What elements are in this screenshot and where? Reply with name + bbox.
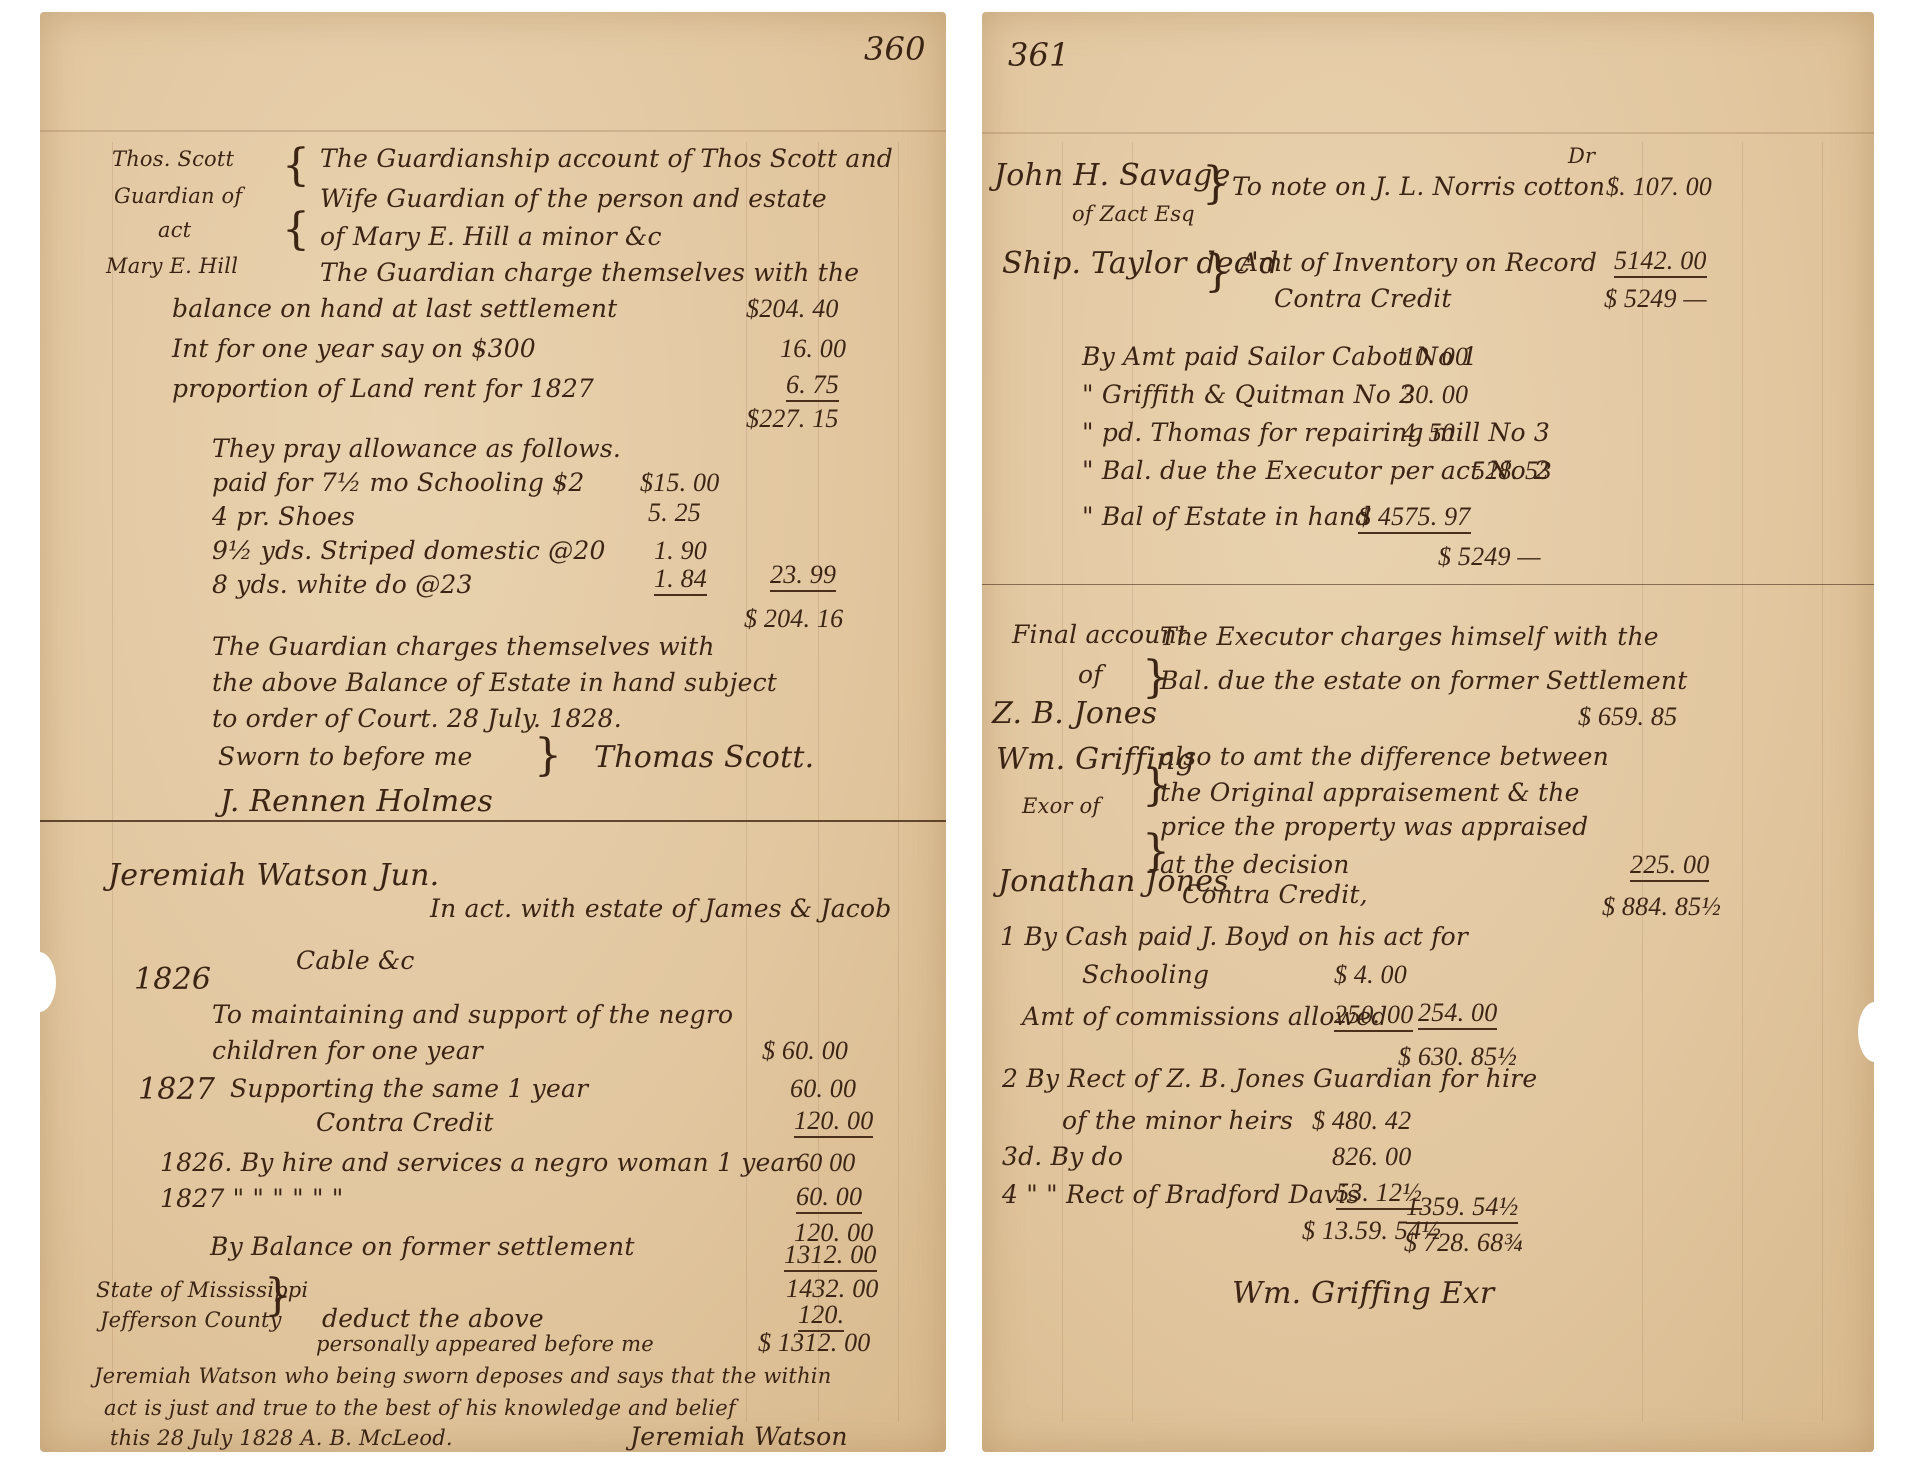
- ledger-line: To maintaining and support of the negro: [212, 1000, 733, 1029]
- ledger-line: Contra Credit,: [1182, 880, 1368, 909]
- ledger-line: Int for one year say on $300: [172, 334, 536, 363]
- amount: $204. 40: [746, 294, 839, 324]
- column-rule: [1642, 142, 1643, 1422]
- ledger-line: 8 yds. white do @23: [212, 570, 473, 599]
- ledger-line: balance on hand at last settlement: [172, 294, 617, 323]
- column-rule: [898, 142, 899, 1422]
- year: 1826: [134, 962, 211, 997]
- amount: 6. 75: [786, 370, 839, 402]
- ledger-line: 1 By Cash paid J. Boyd on his act for: [1000, 922, 1468, 951]
- ledger-line: " Bal of Estate in hand: [1082, 502, 1372, 531]
- amount: 826. 00: [1332, 1142, 1411, 1172]
- amount: $ 204. 16: [744, 604, 843, 634]
- margin-name: Thos. Scott: [112, 147, 234, 171]
- ledger-line: 3d. By do: [1002, 1142, 1123, 1171]
- ledger-line: at the decision: [1160, 850, 1350, 879]
- ledger-line: of Mary E. Hill a minor &c: [320, 222, 662, 251]
- affidavit-line: act is just and true to the best of his …: [104, 1396, 736, 1420]
- section-divider: [40, 820, 946, 822]
- ledger-page-right: 361 John H. Savage of Zact Esq Ship. Tay…: [982, 12, 1874, 1452]
- amount: 23. 99: [770, 560, 836, 592]
- section-divider: [982, 584, 1874, 585]
- ledger-line: The Guardian charge themselves with the: [320, 258, 859, 287]
- brace: }: [1204, 250, 1232, 294]
- ledger-line: Cable &c: [296, 946, 415, 975]
- ledger-line: paid for 7½ mo Schooling $2: [212, 468, 584, 497]
- margin-rule: [1062, 142, 1063, 1422]
- amount: $ 480. 42: [1312, 1106, 1411, 1136]
- ledger-line: the above Balance of Estate in hand subj…: [212, 668, 777, 697]
- ledger-line: Amt of Inventory on Record: [1240, 248, 1597, 277]
- ledger-line: children for one year: [212, 1036, 483, 1065]
- ledger-line: " Griffith & Quitman No 2: [1082, 380, 1415, 409]
- amount: 120. 00: [794, 1106, 873, 1138]
- amount: $ 4. 00: [1334, 960, 1407, 990]
- ledger-line: Supporting the same 1 year: [230, 1074, 588, 1103]
- ledger-line: The Guardian charges themselves with: [212, 632, 715, 661]
- amount: 30. 00: [1402, 380, 1468, 410]
- amount: $ 5249 —: [1438, 542, 1541, 572]
- amount: 225. 00: [1630, 850, 1709, 882]
- signature: J. Rennen Holmes: [220, 784, 493, 819]
- amount: 10. 00: [1402, 342, 1468, 372]
- ledger-line: also to amt the difference between: [1160, 742, 1609, 771]
- margin-name: Ship. Taylor dec'd: [1002, 246, 1279, 281]
- amount: 528. 53: [1472, 456, 1551, 486]
- brace: }: [264, 1274, 292, 1318]
- ledger-line: The Executor charges himself with the: [1160, 622, 1659, 651]
- signature: Thomas Scott.: [594, 740, 814, 775]
- page-number: 360: [864, 30, 926, 68]
- account-holder: John H. Savage: [994, 158, 1231, 193]
- signature: Wm. Griffing Exr: [1232, 1276, 1494, 1311]
- amount: 250. 00: [1334, 1000, 1413, 1032]
- amount: 60. 00: [796, 1182, 862, 1214]
- amount: $15. 00: [640, 468, 719, 498]
- affidavit-line: this 28 July 1828 A. B. McLeod.: [110, 1426, 453, 1450]
- margin-label: Guardian of: [114, 184, 242, 208]
- column-rule: [1822, 142, 1823, 1422]
- ruled-line: [982, 132, 1874, 134]
- margin-label: of: [1078, 660, 1103, 689]
- amount: $ 1312. 00: [758, 1328, 871, 1358]
- amount: 4. 50: [1402, 418, 1455, 448]
- amount: $227. 15: [746, 404, 839, 434]
- ledger-page-left: 360 Thos. Scott Guardian of act Mary E. …: [40, 12, 946, 1452]
- ledger-line: the Original appraisement & the: [1160, 778, 1580, 807]
- column-rule: [1742, 142, 1743, 1422]
- ledger-line: By Balance on former settlement: [210, 1232, 635, 1261]
- ledger-line: 9½ yds. Striped domestic @20: [212, 536, 606, 565]
- amount: $. 107. 00: [1606, 172, 1712, 202]
- margin-name: Mary E. Hill: [106, 254, 238, 278]
- amount: $ 728. 68¾: [1404, 1228, 1523, 1258]
- ledger-line: 1826. By hire and services a negro woman…: [160, 1148, 798, 1177]
- ledger-line: to order of Court. 28 July. 1828.: [212, 704, 622, 733]
- ledger-line: To note on J. L. Norris cotton: [1232, 172, 1605, 201]
- amount: $ 4575. 97: [1358, 502, 1471, 534]
- page-number: 361: [1008, 36, 1070, 74]
- ledger-line: Sworn to before me: [218, 742, 473, 771]
- ledger-line: Amt of commissions allowed: [1022, 1002, 1387, 1031]
- amount: $ 60. 00: [762, 1036, 848, 1066]
- ledger-line: of the minor heirs: [1062, 1106, 1293, 1135]
- margin-label: Jefferson County: [100, 1308, 282, 1332]
- ledger-line: In act. with estate of James & Jacob: [430, 894, 891, 923]
- ledger-line: 4 pr. Shoes: [212, 502, 355, 531]
- ledger-line: " pd. Thomas for repairing mill No 3: [1082, 418, 1550, 447]
- margin-rule: [112, 142, 113, 1422]
- amount: 5. 25: [648, 498, 701, 528]
- brace: {: [282, 144, 310, 188]
- margin-label: Exor of: [1022, 794, 1100, 818]
- amount: 1. 84: [654, 564, 707, 596]
- ledger-line: 2 By Rect of Z. B. Jones Guardian for hi…: [1002, 1064, 1537, 1093]
- amount: 1. 90: [654, 536, 707, 566]
- amount: 254. 00: [1418, 998, 1497, 1030]
- ledger-line: Contra Credit: [316, 1108, 494, 1137]
- amount: 16. 00: [780, 334, 846, 364]
- column-header: Dr: [1568, 144, 1595, 168]
- brace: {: [282, 208, 310, 252]
- ledger-line: price the property was appraised: [1160, 812, 1588, 841]
- amount: 1312. 00: [784, 1240, 877, 1272]
- amount: $ 884. 85½: [1602, 892, 1721, 922]
- brace: }: [1202, 162, 1230, 206]
- ledger-line: Contra Credit: [1274, 284, 1452, 313]
- margin-label: of Zact Esq: [1072, 202, 1195, 226]
- year: 1827: [138, 1072, 215, 1107]
- column-rule: [746, 142, 747, 1422]
- ledger-line: 4 " " Rect of Bradford Davis: [1002, 1180, 1360, 1209]
- margin-rule: [1132, 142, 1133, 1422]
- amount: $ 659. 85: [1578, 702, 1677, 732]
- signature: Jeremiah Watson: [630, 1422, 848, 1451]
- ledger-line: Wife Guardian of the person and estate: [320, 184, 827, 213]
- margin-label: act: [158, 218, 191, 242]
- amount: 5142. 00: [1614, 246, 1707, 278]
- page-tear: [22, 952, 56, 1012]
- ledger-line: deduct the above: [322, 1304, 544, 1333]
- account-holder: Jeremiah Watson Jun.: [108, 858, 439, 893]
- amount: 60 00: [796, 1148, 856, 1178]
- ledger-line: Schooling: [1082, 960, 1209, 989]
- brace: }: [534, 734, 562, 778]
- ledger-line: 1827 " " " " " ": [160, 1184, 344, 1213]
- ledger-line: personally appeared before me: [316, 1332, 654, 1356]
- ledger-line: The Guardianship account of Thos Scott a…: [320, 144, 893, 173]
- ledger-line: Bal. due the estate on former Settlement: [1160, 666, 1687, 695]
- ledger-line: They pray allowance as follows.: [212, 434, 621, 463]
- margin-name: Z. B. Jones: [992, 696, 1157, 731]
- affidavit-line: Jeremiah Watson who being sworn deposes …: [94, 1364, 831, 1388]
- amount: 60. 00: [790, 1074, 856, 1104]
- page-tear: [1858, 1002, 1892, 1062]
- ruled-line: [40, 130, 946, 132]
- amount: $ 5249 —: [1604, 284, 1707, 314]
- ledger-line: proportion of Land rent for 1827: [172, 374, 594, 403]
